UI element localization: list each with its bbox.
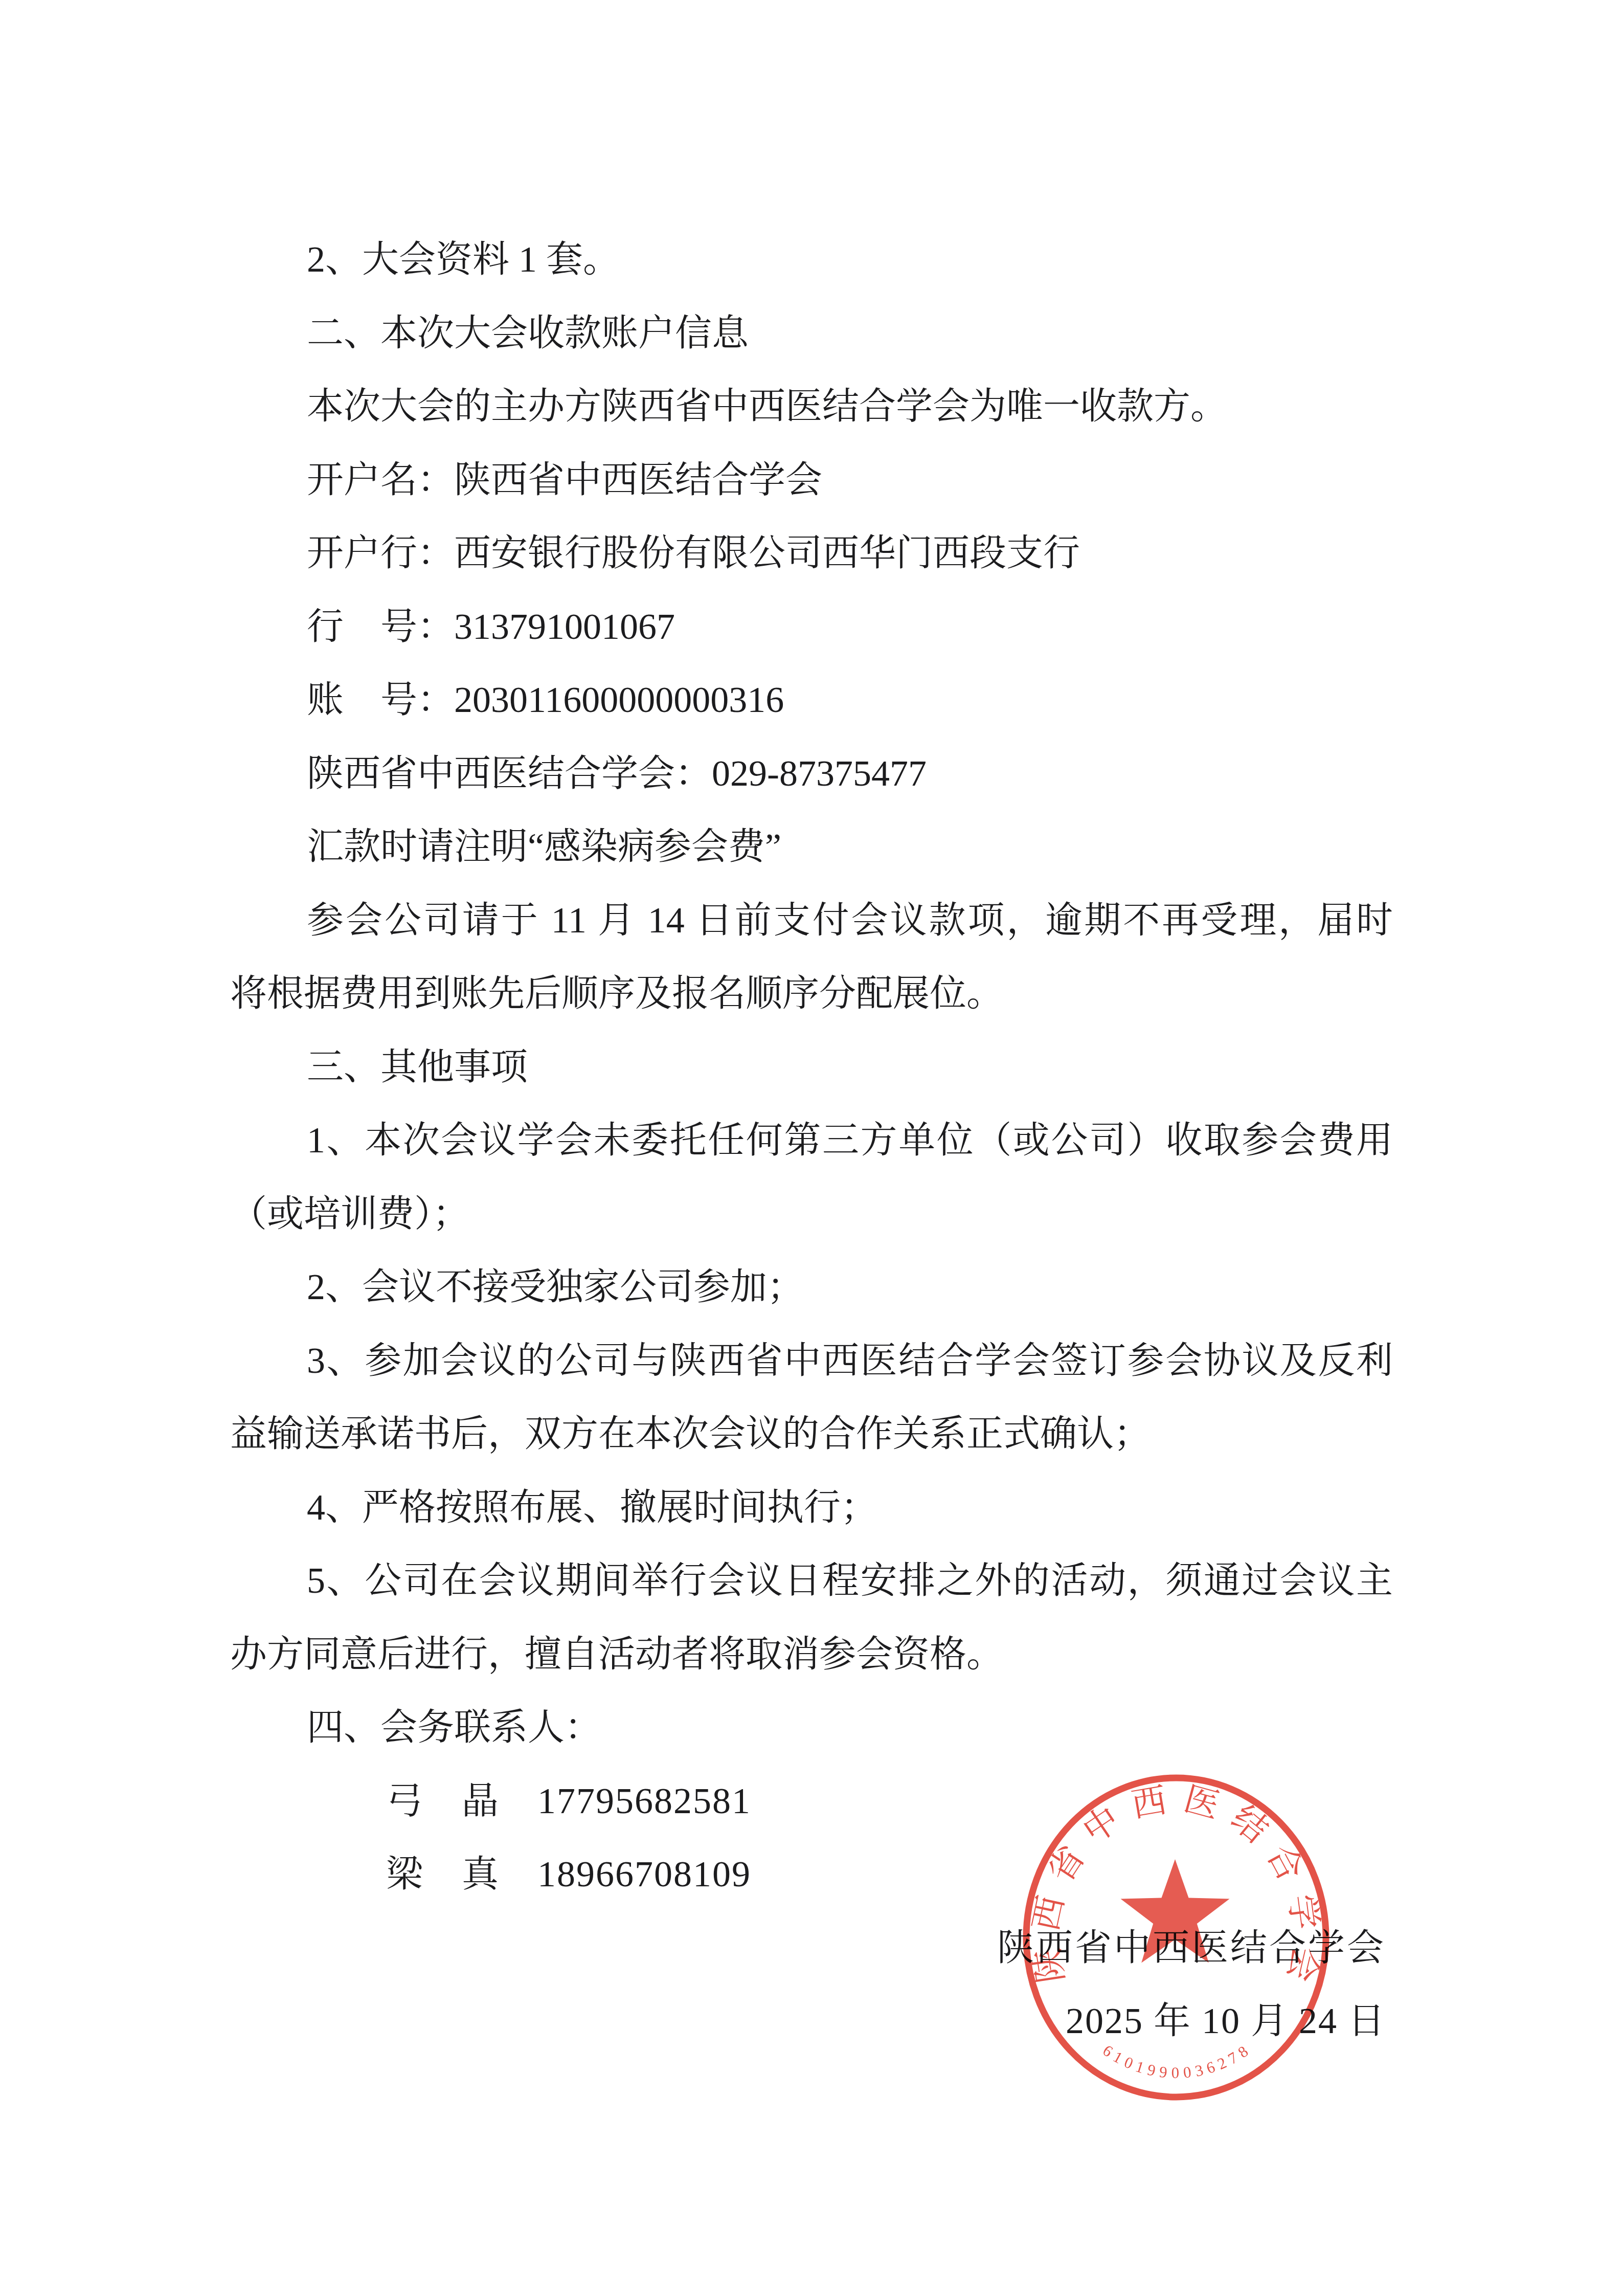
text-line: 5、公司在会议期间举行会议日程安排之外的活动，须通过会议主 [307,1544,1393,1618]
document-page: 2、大会资料 1 套。二、本次大会收款账户信息本次大会的主办方陕西省中西医结合学… [0,0,1623,2296]
text-line: 账 号：203011600000000316 [307,663,1393,737]
seal-serial-number: 6101990036278 [1099,2040,1255,2082]
text-line: （或培训费）； [230,1177,1393,1251]
text-line: 将根据费用到账先后顺序及报名顺序分配展位。 [230,957,1393,1031]
text-line: 行 号：313791001067 [307,590,1393,664]
body-text: 2、大会资料 1 套。二、本次大会收款账户信息本次大会的主办方陕西省中西医结合学… [230,223,1393,1911]
text-line: 开户名：陕西省中西医结合学会 [307,443,1393,517]
text-line: 益输送承诺书后，双方在本次会议的合作关系正式确认； [230,1397,1393,1471]
seal-star-icon [1121,1859,1230,1963]
text-line: 汇款时请注明“感染病参会费” [307,810,1393,884]
text-line: 四、会务联系人： [307,1691,1393,1765]
text-line: 参会公司请于 11 月 14 日前支付会议款项，逾期不再受理，届时 [307,884,1393,957]
text-line: 三、其他事项 [307,1031,1393,1104]
text-line: 陕西省中西医结合学会：029-87375477 [307,737,1393,811]
text-line: 2、大会资料 1 套。 [307,223,1393,297]
text-line: 本次大会的主办方陕西省中西医结合学会为唯一收款方。 [307,370,1393,443]
text-line: 开户行：西安银行股份有限公司西华门西段支行 [307,517,1393,590]
text-line: 2、会议不接受独家公司参加； [307,1251,1393,1324]
text-line: 办方同意后进行，擅自活动者将取消参会资格。 [230,1618,1393,1691]
text-line: 1、本次会议学会未委托任何第三方单位（或公司）收取参会费用 [307,1104,1393,1177]
text-line: 二、本次大会收款账户信息 [307,297,1393,370]
text-line: 3、参加会议的公司与陕西省中西医结合学会签订参会协议及反利 [307,1324,1393,1398]
official-seal: 陕西省中西医结合学会 6101990036278 [1019,1771,1333,2104]
text-line: 4、严格按照布展、撤展时间执行； [307,1471,1393,1545]
